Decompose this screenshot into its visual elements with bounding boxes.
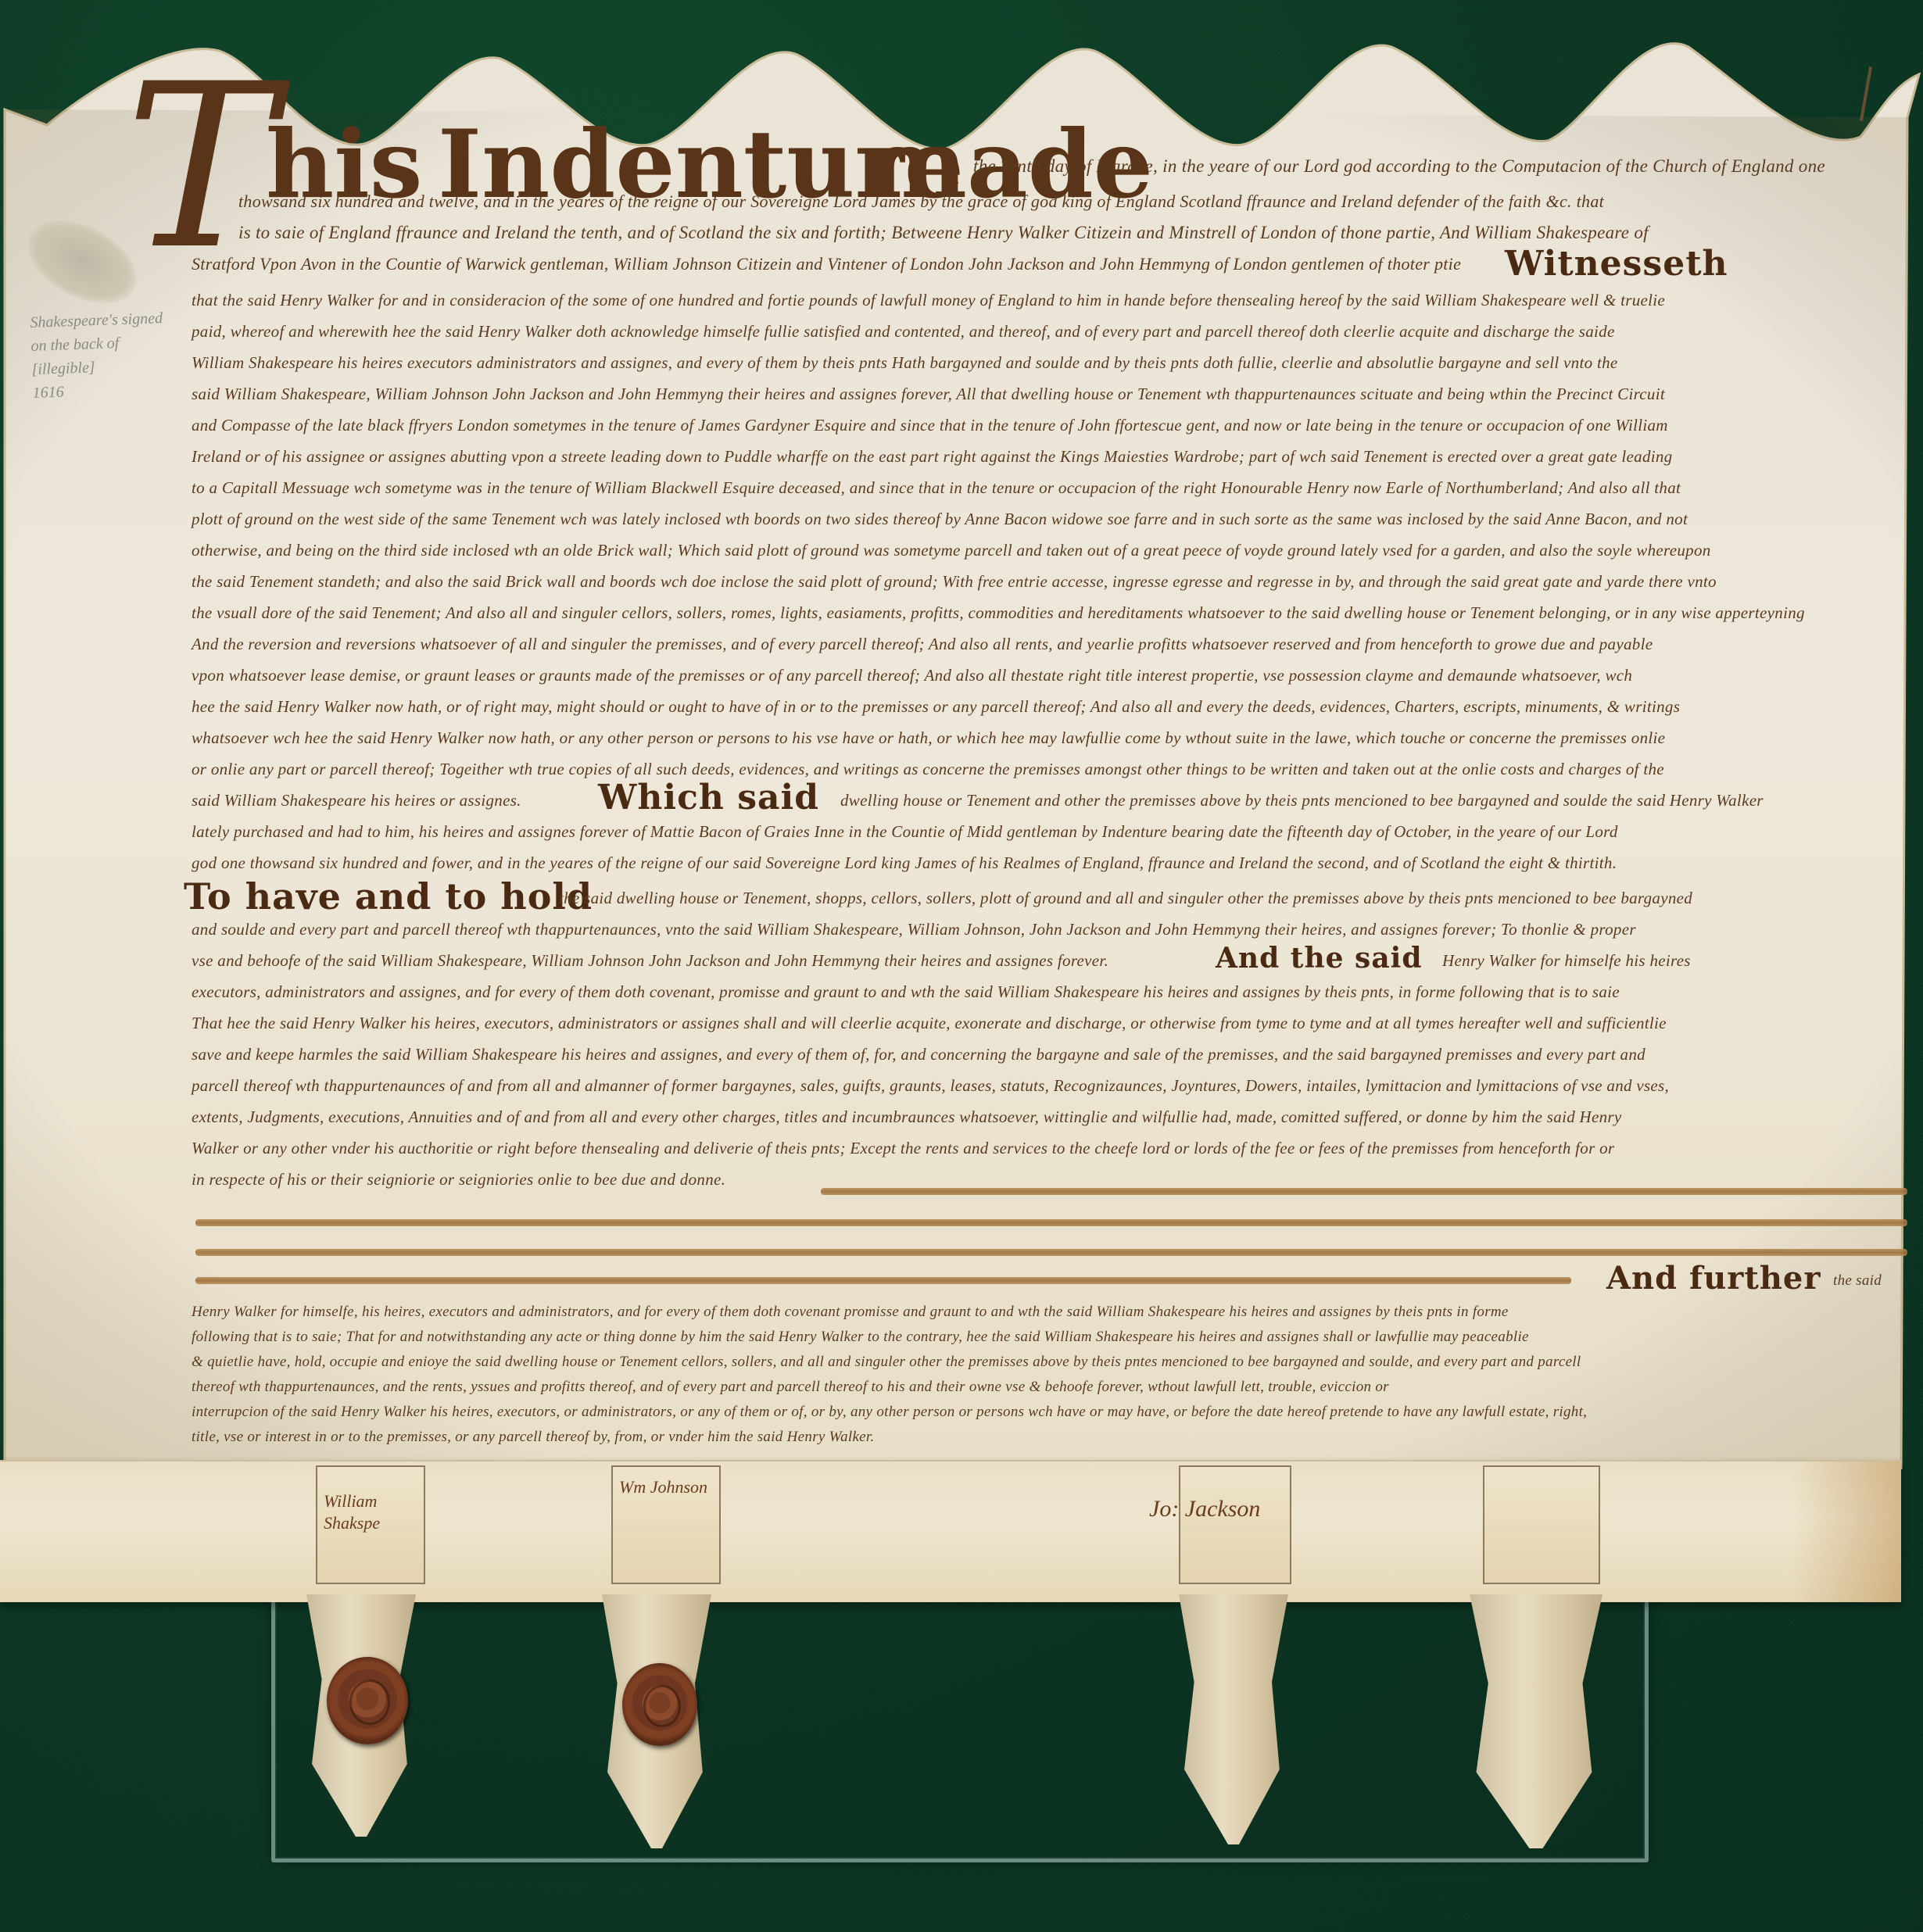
heading-which-said: Which said	[598, 778, 819, 818]
text-line: Stratford Vpon Avon in the Countie of Wa…	[192, 254, 1461, 274]
wax-seal-1	[327, 1657, 408, 1744]
text-line: paid, whereof and wherewith hee the said…	[192, 322, 1615, 342]
title-initial-T: T	[125, 55, 276, 281]
text-line: the Tenth day of Marche, in the yeare of…	[973, 156, 1825, 177]
glass-display-case	[271, 1594, 1649, 1862]
text-line: Henry Walker for himselfe his heires	[1442, 951, 1691, 971]
text-line: thowsand six hundred and twelve, and in …	[238, 191, 1604, 212]
text-line: dwelling house or Tenement and other the…	[840, 791, 1764, 810]
text-line: following that is to saie; That for and …	[192, 1329, 1529, 1346]
text-line: Ireland or of his assignee or assignes a…	[192, 447, 1672, 467]
text-line: whatsoever wch hee the said Henry Walker…	[192, 728, 1665, 748]
text-line: the said Tenement standeth; and also the…	[192, 572, 1717, 592]
text-line: vpon whatsoever lease demise, or graunt …	[192, 666, 1632, 685]
text-line: & quietlie have, hold, occupie and enioy…	[192, 1354, 1581, 1371]
heading-to-have-and-to-hold: To have and to hold	[184, 875, 593, 918]
signature-tag-3: Jo: Jackson	[1179, 1465, 1291, 1584]
text-line: vse and behoofe of the said William Shak…	[192, 951, 1108, 971]
text-line: save and keepe harmles the said William …	[192, 1045, 1645, 1064]
filler-rule	[195, 1277, 1571, 1284]
text-line: thereof wth thappurtenaunces, and the re…	[192, 1379, 1389, 1396]
indenture-parchment: Shakespeare's signed on the back of [ill…	[0, 0, 1923, 1610]
text-line: in respecte of his or their seigniorie o…	[192, 1170, 725, 1190]
text-line: the said	[1833, 1272, 1882, 1290]
text-line: Walker or any other vnder his aucthoriti…	[192, 1139, 1614, 1158]
text-line: plott of ground on the west side of the …	[192, 510, 1688, 529]
signature-jackson: Jo: Jackson	[1149, 1498, 1260, 1520]
margin-pencil-note: Shakespeare's signed on the back of [ill…	[30, 306, 166, 405]
text-line: executors, administrators and assignes, …	[192, 982, 1620, 1002]
wax-seal-2	[622, 1663, 697, 1746]
text-line: Henry Walker for himselfe, his heires, e…	[192, 1304, 1509, 1321]
text-line: interrupcion of the said Henry Walker hi…	[192, 1404, 1587, 1421]
text-line: parcell thereof wth thappurtenaunces of …	[192, 1076, 1669, 1096]
text-line: title, vse or interest in or to the prem…	[192, 1429, 875, 1446]
heading-and-the-said: And the said	[1216, 942, 1423, 975]
text-line: otherwise, and being on the third side i…	[192, 541, 1711, 560]
text-line: to a Capitall Messuage wch sometyme was …	[192, 478, 1681, 498]
signature-tag-1: William Shakspe	[316, 1465, 425, 1584]
filler-rule	[195, 1219, 1907, 1226]
heading-witnesseth: Witnesseth	[1505, 244, 1728, 284]
text-line: and Compasse of the late black ffryers L…	[192, 416, 1668, 435]
text-line: extents, Judgments, executions, Annuitie…	[192, 1107, 1622, 1127]
text-line: That hee the said Henry Walker his heire…	[192, 1014, 1667, 1033]
text-line: or onlie any part or parcell thereof; To…	[192, 760, 1664, 779]
text-line: lately purchased and had to him, his hei…	[192, 822, 1618, 842]
signature-tag-4	[1483, 1465, 1600, 1584]
filler-rule	[821, 1188, 1907, 1195]
text-line: the vsuall dore of the said Tenement; An…	[192, 603, 1805, 623]
text-line: and soulde and every part and parcell th…	[192, 920, 1636, 939]
signature-tag-2: Wm Johnson	[611, 1465, 721, 1584]
text-line: said William Shakespeare, William Johnso…	[192, 385, 1665, 404]
text-line: that the said Henry Walker for and in co…	[192, 291, 1665, 310]
text-line: And the reversion and reversions whatsoe…	[192, 635, 1653, 654]
text-line: hee the said Henry Walker now hath, or o…	[192, 697, 1680, 717]
text-line: William Shakespeare his heires executors…	[192, 353, 1618, 373]
text-line: the said dwelling house or Tenement, sho…	[559, 889, 1692, 908]
text-line: god one thowsand six hundred and fower, …	[192, 853, 1617, 873]
filler-rule	[195, 1249, 1907, 1256]
parchment-fold-turnup	[0, 1460, 1901, 1602]
text-line: is to saie of England ffraunce and Irela…	[238, 223, 1649, 243]
signature-johnson: Wm Johnson	[619, 1476, 707, 1498]
text-line: said William Shakespeare his heires or a…	[192, 791, 521, 810]
signature-shakespeare: William Shakspe	[324, 1490, 417, 1534]
heading-and-further: And further	[1606, 1260, 1821, 1297]
